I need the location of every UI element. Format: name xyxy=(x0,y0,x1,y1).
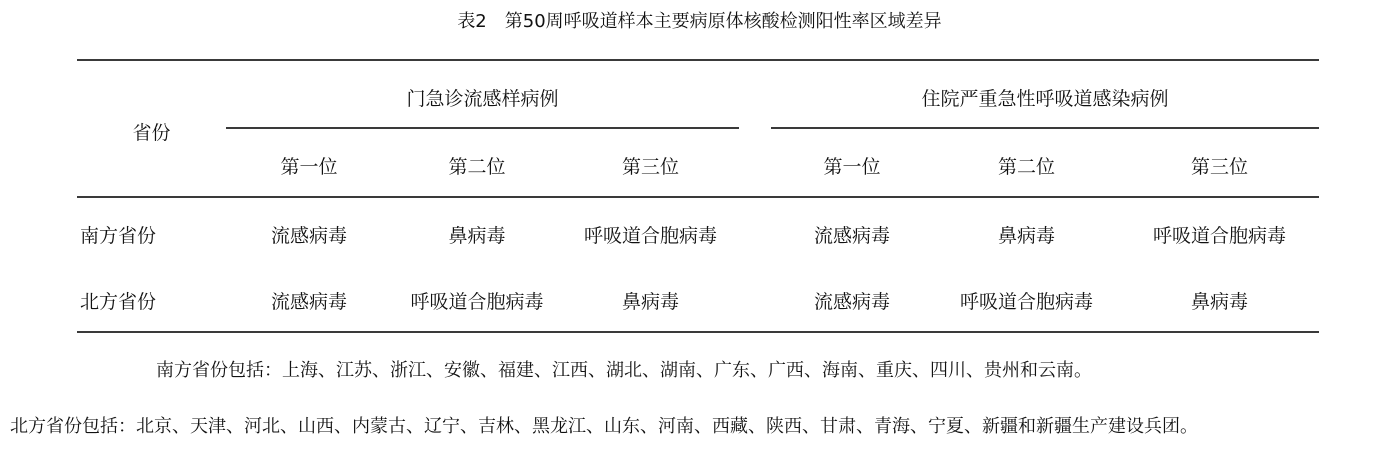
rank-header: 第一位 xyxy=(771,153,933,181)
table-cell: 呼吸道合胞病毒 xyxy=(1120,222,1319,250)
rank-header: 第三位 xyxy=(562,153,739,181)
table-cell: 呼吸道合胞病毒 xyxy=(562,222,739,250)
group-1-underline xyxy=(226,127,739,129)
table-cell: 鼻病毒 xyxy=(562,288,739,316)
table-cell: 鼻病毒 xyxy=(392,222,562,250)
table-cell: 呼吸道合胞病毒 xyxy=(933,288,1120,316)
group-header-outpatient: 门急诊流感样病例 xyxy=(226,85,739,113)
table-cell: 鼻病毒 xyxy=(933,222,1120,250)
region-label: 南方省份 xyxy=(80,222,220,250)
table-bottom-rule xyxy=(77,331,1319,333)
rank-header: 第三位 xyxy=(1120,153,1319,181)
table-cell: 鼻病毒 xyxy=(1120,288,1319,316)
table-cell: 流感病毒 xyxy=(771,288,933,316)
row-header-label: 省份 xyxy=(77,119,226,147)
note-north-provinces: 北方省份包括：北京、天津、河北、山西、内蒙古、辽宁、吉林、黑龙江、山东、河南、西… xyxy=(10,413,1198,441)
header-bottom-rule xyxy=(77,196,1319,198)
rank-header: 第二位 xyxy=(392,153,562,181)
rank-header: 第二位 xyxy=(933,153,1120,181)
rank-header: 第一位 xyxy=(226,153,392,181)
table-title: 表2 第50周呼吸道样本主要病原体核酸检测阳性率区域差异 xyxy=(0,8,1399,36)
region-label: 北方省份 xyxy=(80,288,220,316)
group-header-inpatient: 住院严重急性呼吸道感染病例 xyxy=(771,85,1319,113)
group-2-underline xyxy=(771,127,1319,129)
note-south-provinces: 南方省份包括：上海、江苏、浙江、安徽、福建、江西、湖北、湖南、广东、广西、海南、… xyxy=(156,357,1092,385)
table-cell: 呼吸道合胞病毒 xyxy=(392,288,562,316)
table-cell: 流感病毒 xyxy=(226,288,392,316)
table-cell: 流感病毒 xyxy=(226,222,392,250)
table-cell: 流感病毒 xyxy=(771,222,933,250)
table-top-rule xyxy=(77,59,1319,61)
